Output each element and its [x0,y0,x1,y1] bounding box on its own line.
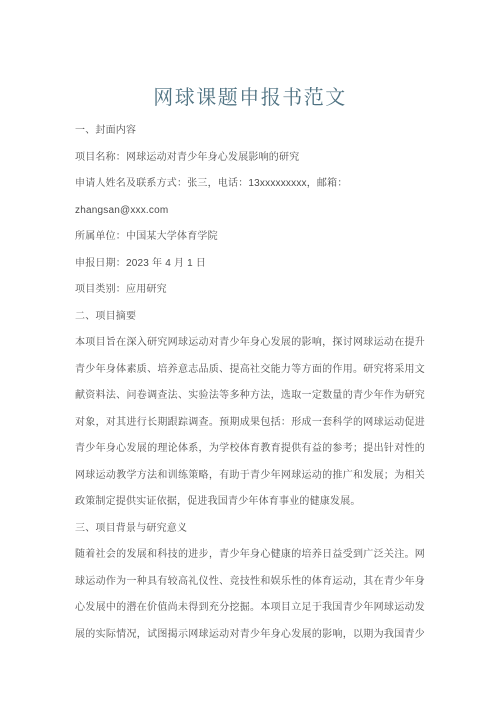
abstract-line: 对象，对其进行长期跟踪调查。预期成果包括：形成一套科学的网球运动促进 [75,410,425,437]
abstract-line-last: 政策制定提供实证依据，促进我国青少年体育事业的健康发展。 [75,489,425,516]
field-project-category: 项目类别：应用研究 [75,277,425,304]
abstract-line: 青少年身体素质、培养意志品质、提高社交能力等方面的作用。研究将采用文 [75,357,425,384]
abstract-line: 本项目旨在深入研究网球运动对青少年身心发展的影响，探讨网球运动在提升 [75,330,425,357]
abstract-line: 献资料法、问卷调查法、实验法等多种方法，选取一定数量的青少年作为研究 [75,383,425,410]
field-applicant-contact: 申请人姓名及联系方式：张三，电话：13xxxxxxxxx，邮箱： [75,171,425,198]
field-application-date: 申报日期：2023 年 4 月 1 日 [75,251,425,278]
section-heading-abstract: 二、项目摘要 [75,304,425,331]
document-body: 一、封面内容 项目名称：网球运动对青少年身心发展影响的研究 申请人姓名及联系方式… [75,118,425,648]
background-line: 展的实际情况，试图揭示网球运动对青少年身心发展的影响，以期为我国青少 [75,622,425,649]
field-email: zhangsan@xxx.com [75,198,425,225]
abstract-line: 青少年身心发展的理论体系，为学校体育教育提供有益的参考；提出针对性的 [75,436,425,463]
background-line: 心发展中的潜在价值尚未得到充分挖掘。本项目立足于我国青少年网球运动发 [75,595,425,622]
background-line: 随着社会的发展和科技的进步，青少年身心健康的培养日益受到广泛关注。网 [75,542,425,569]
document-page: 网球课题申报书范文 一、封面内容 项目名称：网球运动对青少年身心发展影响的研究 … [0,84,500,648]
section-heading-background: 三、项目背景与研究意义 [75,516,425,543]
field-project-name: 项目名称：网球运动对青少年身心发展影响的研究 [75,145,425,172]
field-affiliation: 所属单位：中国某大学体育学院 [75,224,425,251]
section-heading-cover: 一、封面内容 [75,118,425,145]
document-title: 网球课题申报书范文 [75,84,425,112]
abstract-line: 网球运动教学方法和训练策略，有助于青少年网球运动的推广和发展；为相关 [75,463,425,490]
background-line: 球运动作为一种具有较高礼仪性、竞技性和娱乐性的体育运动，其在青少年身 [75,569,425,596]
